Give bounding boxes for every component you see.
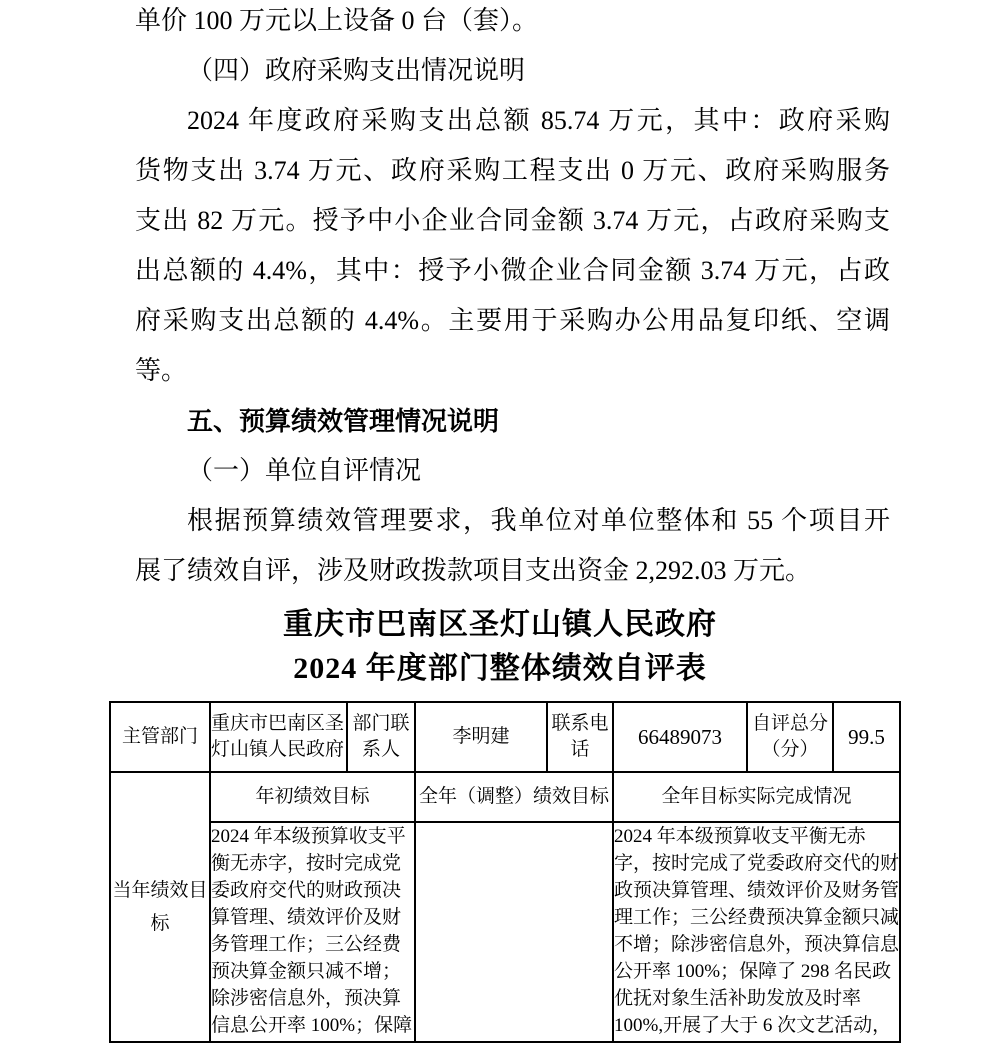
- cell-contact-value: 李明建: [415, 702, 547, 772]
- paragraph-line: 府采购支出总额的 4.4%。主要用于采购办公用品复印纸、空调: [135, 296, 890, 346]
- paragraph-line: 等。: [135, 346, 890, 396]
- paragraph-line: 出总额的 4.4%，其中：授予小微企业合同金额 3.74 万元，占政: [135, 246, 890, 296]
- actual-completion-line: 政预决算管理、绩效评价及财务管: [614, 877, 899, 904]
- table-row-goal-headers: 当年绩效目 标 年初绩效目标 全年（调整）绩效目标 全年目标实际完成情况: [110, 772, 900, 822]
- initial-goal-line: 算管理、绩效评价及财: [211, 904, 414, 931]
- cell-phone-label: 联系电 话: [547, 702, 613, 772]
- paragraph-line: 根据预算绩效管理要求，我单位对单位整体和 55 个项目开: [135, 496, 890, 546]
- initial-goal-line: 衡无赤字，按时完成党: [211, 850, 414, 877]
- contact-label-line: 部门联: [348, 711, 414, 737]
- actual-completion-line: 优抚对象生活补助发放及时率: [614, 985, 899, 1012]
- self-eval-table: 主管部门 重庆市巴南区圣 灯山镇人民政府 部门联 系人 李明建 联系电 话 66…: [109, 701, 901, 1043]
- phone-label-line: 话: [548, 737, 612, 763]
- section-heading-5: 五、预算绩效管理情况说明: [135, 396, 890, 446]
- contact-label-line: 系人: [348, 737, 414, 763]
- cell-initial-goal: 2024 年本级预算收支平 衡无赤字，按时完成党 委政府交代的财政预决 算管理、…: [210, 822, 415, 1042]
- initial-goal-line: 信息公开率 100%；保障: [211, 1012, 414, 1039]
- initial-goal-line: 2024 年本级预算收支平: [211, 823, 414, 850]
- cell-dept-label: 主管部门: [110, 702, 210, 772]
- actual-completion-line: 公开率 100%；保障了 298 名民政: [614, 958, 899, 985]
- table-row-info: 主管部门 重庆市巴南区圣 灯山镇人民政府 部门联 系人 李明建 联系电 话 66…: [110, 702, 900, 772]
- cell-contact-label: 部门联 系人: [347, 702, 415, 772]
- initial-goal-line: 预决算金额只减不增；: [211, 958, 414, 985]
- actual-completion-line: 2024 年本级预算收支平衡无赤: [614, 823, 899, 850]
- score-label-line: （分）: [748, 737, 832, 763]
- initial-goal-line: 除涉密信息外，预决算: [211, 985, 414, 1012]
- paragraph-line: 2024 年度政府采购支出总额 85.74 万元，其中：政府采购: [135, 96, 890, 146]
- table-title-block: 重庆市巴南区圣灯山镇人民政府 2024 年度部门整体绩效自评表: [0, 603, 1000, 691]
- cell-actual-completion: 2024 年本级预算收支平衡无赤 字，按时完成了党委政府交代的财 政预决算管理、…: [613, 822, 900, 1042]
- dept-value-line: 重庆市巴南区圣: [211, 711, 346, 737]
- paragraph-line: 单价 100 万元以上设备 0 台（套）。: [135, 0, 890, 46]
- initial-goal-line: 委政府交代的财政预决: [211, 877, 414, 904]
- actual-completion-line: 100%,开展了大于 6 次文艺活动，: [614, 1012, 899, 1039]
- goal-row-label-line: 当年绩效目: [111, 874, 209, 907]
- actual-completion-line: 理工作；三公经费预决算金额只减: [614, 904, 899, 931]
- actual-completion-line: 不增；除涉密信息外，预决算信息: [614, 931, 899, 958]
- dept-value-line: 灯山镇人民政府: [211, 737, 346, 763]
- document-page: 单价 100 万元以上设备 0 台（套）。 （四）政府采购支出情况说明 2024…: [0, 0, 1000, 1044]
- table-title: 重庆市巴南区圣灯山镇人民政府: [0, 603, 1000, 647]
- subsection-heading-1: （一）单位自评情况: [135, 446, 890, 496]
- paragraph-line: 货物支出 3.74 万元、政府采购工程支出 0 万元、政府采购服务: [135, 146, 890, 196]
- cell-header-adjusted-goal: 全年（调整）绩效目标: [415, 772, 613, 822]
- goal-row-label-line: 标: [111, 907, 209, 940]
- initial-goal-line: 务管理工作；三公经费: [211, 931, 414, 958]
- cell-header-actual-completion: 全年目标实际完成情况: [613, 772, 900, 822]
- cell-dept-value: 重庆市巴南区圣 灯山镇人民政府: [210, 702, 347, 772]
- cell-score-label: 自评总分 （分）: [747, 702, 833, 772]
- table-row-goal-content: 2024 年本级预算收支平 衡无赤字，按时完成党 委政府交代的财政预决 算管理、…: [110, 822, 900, 1042]
- paragraph-line: 支出 82 万元。授予中小企业合同金额 3.74 万元，占政府采购支: [135, 196, 890, 246]
- cell-adjusted-goal: [415, 822, 613, 1042]
- body-text: 单价 100 万元以上设备 0 台（套）。 （四）政府采购支出情况说明 2024…: [135, 0, 890, 596]
- actual-completion-line: 字，按时完成了党委政府交代的财: [614, 850, 899, 877]
- phone-label-line: 联系电: [548, 711, 612, 737]
- paragraph-line: 展了绩效自评，涉及财政拨款项目支出资金 2,292.03 万元。: [135, 546, 890, 596]
- cell-score-value: 99.5: [833, 702, 900, 772]
- section-heading-4: （四）政府采购支出情况说明: [135, 46, 890, 96]
- score-label-line: 自评总分: [748, 711, 832, 737]
- cell-phone-value: 66489073: [613, 702, 747, 772]
- cell-header-initial-goal: 年初绩效目标: [210, 772, 415, 822]
- cell-goal-row-label: 当年绩效目 标: [110, 772, 210, 1042]
- table-subtitle: 2024 年度部门整体绩效自评表: [0, 647, 1000, 691]
